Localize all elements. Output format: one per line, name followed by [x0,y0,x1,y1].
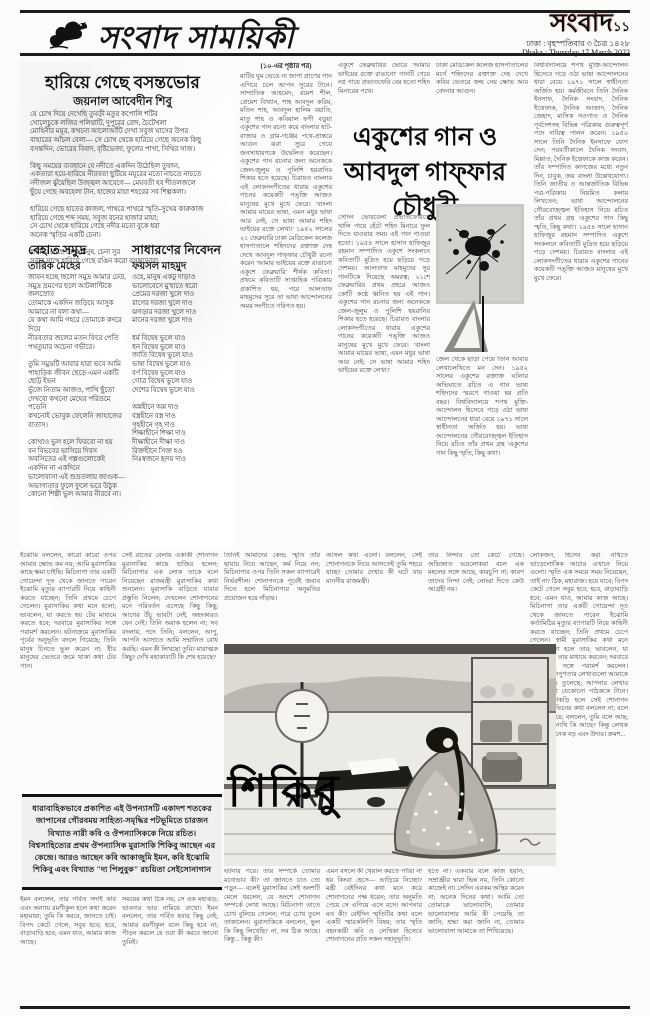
serial-col-5a: তার নিন্দার তো কেটে গেছে। অভিজাত ভদ্রলোক… [428,552,524,640]
page-number: ১১ [613,19,630,34]
article-col-3b: জেল থেকে ছাড়া পেয়ে তিনি আবার লেখালেখিত… [436,356,528,548]
newspaper-page: সংবাদ সাময়িকী সংবাদ১১ ঢাকা : বৃহস্পতিবা… [0,0,650,1016]
feature-author: জয়নাল আবেদীন শিবু [20,93,225,112]
serial-col-4a: আসল কথা এলো। বললেন, সেই শোনাগনকে নিয়ে আ… [326,552,422,640]
serial-col-3a: তিনিই আমাদের কেন্দ্র; স্মৃতি তাঁর ছায়ায… [224,552,320,640]
poem2-lines: জীবন ইচ্ছে ছিলো সমুদ্র আমার ঢেউ, সমুদ্র … [28,274,128,542]
article-col-4: বিশ্ববিদ্যালয়ে শপথ মুক্তি-আন্দোলন হিসেব… [534,62,628,548]
article-col-2a: একুশে ফেব্রুয়ারির ভোরে 'আমার ভাইয়ের রক… [338,62,430,118]
ink-artwork-image [436,204,524,352]
serial-col-4b: এমন বসলে কী খেয়াল করতে পারি! না হয় কিং… [326,868,422,1004]
bottom-rule [20,1006,630,1009]
serial-col-2b: সময়ের কথা ঠিক নয়, সে এক মহাঝড়; ভাবনার… [122,896,218,1004]
article-headline: একুশের গান ও আবদুল গাফ্ফার চৌধুরী [318,120,532,212]
serial-headline: শিকিবু [228,770,340,814]
feature-block: হারিয়ে গেছে বসন্তভোর জয়নাল আবেদীন শিবু… [20,62,235,548]
continued-from-label: (১০-এর পৃষ্ঠার পর) [240,62,332,71]
serial-col-2a: সেই রাতের বেলায় একাকী শোনাগন মুরাসাকির … [122,552,218,790]
serial-intro-box: ধারাবাহিকভাবে প্রকাশিত এই উপন্যাসটি একাদ… [22,794,222,890]
masthead-right: সংবাদ১১ ঢাকা : বৃহস্পতিবার ৩ চৈত্র ১৪২৮ … [522,10,630,57]
shikibu-photo [224,644,556,866]
serial-col-3b: ঘটনার পরে। তার সম্পর্কে তোমার মনোভাব কী?… [224,868,320,1004]
serial-col-1a: ইঝোমি বললেন, কারো কারো ওপর আমার ক্ষোভ কম… [20,552,116,790]
section-masthead-title: সংবাদ সাময়িকী [98,14,294,66]
serial-col-5b: হতে না। একবার বলে কাজ হয়নি; সম্রাজ্ঞীর … [428,868,524,1004]
bird-icon [46,15,94,51]
paper-name: সংবাদ [550,10,613,37]
date-bn: ঢাকা : বৃহস্পতিবার ৩ চৈত্র ১৪২৮ [522,39,630,48]
poem3-lines: ওহে, মানুষ একটু দাঁড়াও ভালোবেসে মু'হাতে… [132,274,232,542]
article-col-2b: সেদিন ভোরবেলা প্রভাতফেরিতে খালি পায়ে হে… [338,214,430,548]
article-col-3a: ঢাকা মেডিকেল কলেজ হাসপাতালের মর্গে শহিদদ… [436,62,528,118]
paper-logo: সংবাদ১১ [522,10,630,39]
serial-col-1b: ইমন বললেন, তার গর্বিত সদাই কবি এবং অন্যা… [20,896,116,1004]
date-en: Dhaka : Thursday 17 March 2022 [522,48,630,57]
